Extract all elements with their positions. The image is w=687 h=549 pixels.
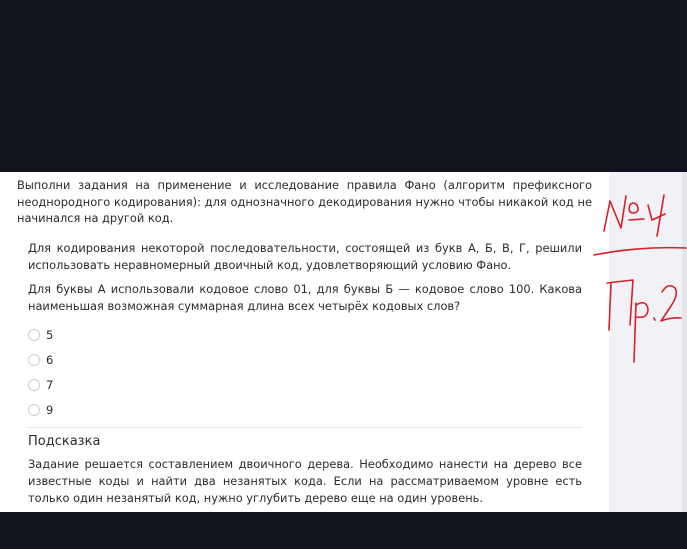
top-dark-bar (0, 0, 687, 172)
task-paragraph-1: Для кодирования некоторой последовательн… (28, 240, 582, 273)
side-panel (609, 172, 682, 512)
task-question: Для кодирования некоторой последовательн… (28, 240, 582, 322)
option-label: 9 (46, 403, 53, 417)
radio-button[interactable] (28, 404, 40, 416)
task-page: Выполни задания на применение и исследов… (0, 172, 609, 512)
radio-button[interactable] (28, 329, 40, 341)
right-edge (682, 172, 687, 512)
answer-options: 5 6 7 9 (28, 322, 53, 422)
option-label: 5 (46, 328, 53, 342)
option-6[interactable]: 6 (28, 347, 53, 372)
radio-button[interactable] (28, 354, 40, 366)
radio-button[interactable] (28, 379, 40, 391)
intro-text: Выполни задания на применение и исследов… (17, 177, 592, 227)
hint-text: Задание решается составлением двоичного … (28, 456, 582, 507)
hint-title: Подсказка (28, 434, 100, 449)
option-7[interactable]: 7 (28, 372, 53, 397)
bottom-dark-bar (0, 512, 687, 549)
option-label: 6 (46, 353, 53, 367)
option-9[interactable]: 9 (28, 397, 53, 422)
option-5[interactable]: 5 (28, 322, 53, 347)
option-label: 7 (46, 378, 53, 392)
task-paragraph-2: Для буквы А использовали кодовое слово 0… (28, 281, 582, 314)
divider (28, 427, 582, 428)
